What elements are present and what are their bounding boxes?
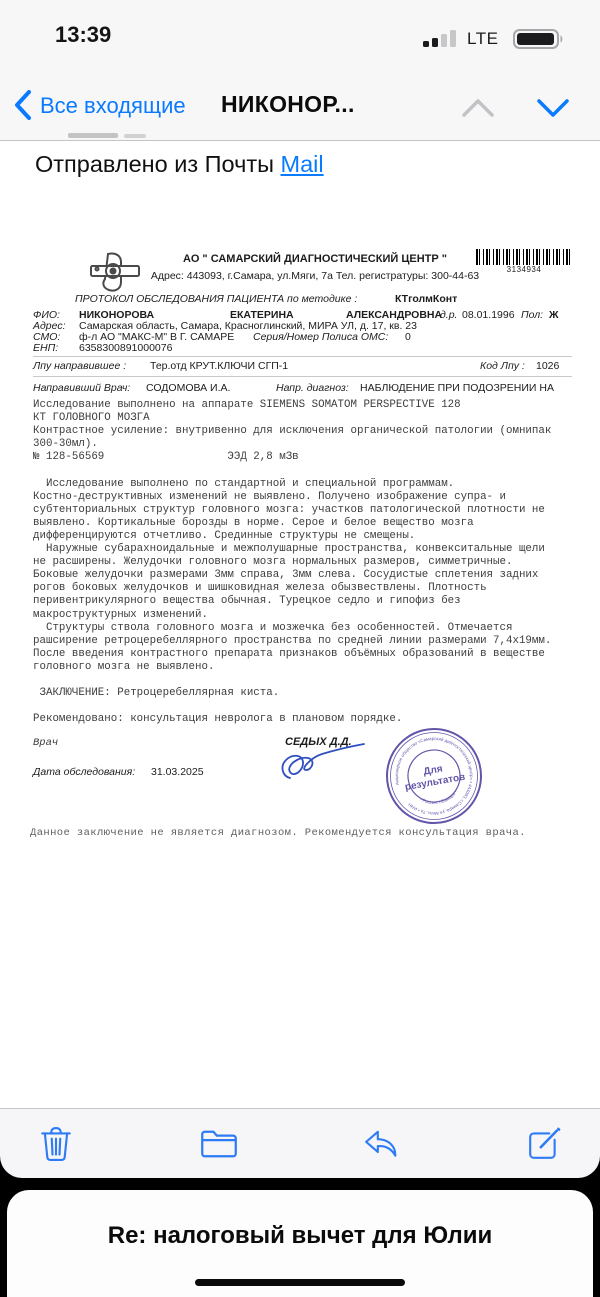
enp-value: 6358300891000076	[79, 342, 172, 354]
doctor-signature	[276, 740, 368, 788]
trash-button[interactable]	[34, 1122, 78, 1166]
protocol-label: ПРОТОКОЛ ОБСЛЕДОВАНИЯ ПАЦИЕНТА по методи…	[75, 293, 357, 305]
referrer-row: Направивший Врач: СОДОМОВА И.А. Напр. ди…	[33, 382, 573, 394]
exam-date-row: Дата обследования: 31.03.2025	[33, 766, 135, 778]
reply-icon	[363, 1129, 399, 1159]
disclaimer-text: Данное заключение не является диагнозом.…	[30, 827, 526, 839]
lpu-code-label: Код Лпу :	[480, 360, 525, 372]
home-indicator[interactable]	[195, 1279, 405, 1286]
org-address: Адрес: 443093, г.Самара, ул.Мяги, 7а Тел…	[110, 270, 520, 282]
compose-button[interactable]	[522, 1122, 566, 1166]
lpu-row: Лпу направившее : Тер.отд КРУТ.КЛЮЧИ СГП…	[33, 360, 573, 372]
org-name: АО " САМАРСКИЙ ДИАГНОСТИЧЕСКИЙ ЦЕНТР "	[150, 253, 480, 265]
clinic-stamp: Акционерное общество «Самарский диагност…	[384, 726, 484, 826]
barcode	[476, 249, 572, 265]
minimized-draft-sheet[interactable]: Re: налоговый вычет для Юлии	[7, 1190, 593, 1297]
diag-value: НАБЛЮДЕНИЕ ПРИ ПОДОЗРЕНИИ НА	[360, 382, 554, 394]
stamp-ring-text: Акционерное общество «Самарский диагност…	[385, 728, 482, 825]
trash-icon	[40, 1126, 72, 1162]
enp-label: ЕНП:	[33, 342, 58, 354]
protocol-method: КТголмКонт	[395, 293, 457, 305]
folder-icon	[200, 1129, 238, 1159]
barcode-number: 3134934	[476, 265, 572, 274]
exam-date-value: 31.03.2025	[151, 766, 204, 778]
lpu-code-value: 1026	[536, 360, 559, 372]
medical-report-attachment[interactable]: АО " САМАРСКИЙ ДИАГНОСТИЧЕСКИЙ ЦЕНТР " А…	[0, 0, 600, 1297]
mail-app-screen: 13:39 LTE Все входящие НИКОНОР... Отправ…	[0, 0, 600, 1297]
doctor-label: Врач	[33, 737, 58, 749]
reply-button[interactable]	[359, 1122, 403, 1166]
divider	[33, 376, 572, 377]
divider	[33, 356, 572, 357]
diag-label: Напр. диагноз:	[276, 382, 349, 394]
protocol-line: ПРОТОКОЛ ОБСЛЕДОВАНИЯ ПАЦИЕНТА по методи…	[75, 293, 357, 305]
enp-row: ЕНП: 6358300891000076	[33, 342, 573, 354]
referrer-label: Направивший Врач:	[33, 382, 130, 394]
lpu-value: Тер.отд КРУТ.КЛЮЧИ СГП-1	[150, 360, 288, 372]
svg-text:Акционерное общество «Самарски: Акционерное общество «Самарский диагност…	[385, 728, 482, 825]
lpu-label: Лпу направившее :	[33, 360, 126, 372]
report-body-text: Исследование выполнено на аппарате SIEME…	[33, 399, 551, 726]
folder-button[interactable]	[197, 1122, 241, 1166]
compose-icon	[527, 1127, 561, 1161]
draft-subject: Re: налоговый вычет для Юлии	[7, 1222, 593, 1250]
referrer-value: СОДОМОВА И.А.	[146, 382, 230, 394]
mail-toolbar	[0, 1108, 600, 1178]
exam-date-label: Дата обследования:	[33, 766, 135, 778]
